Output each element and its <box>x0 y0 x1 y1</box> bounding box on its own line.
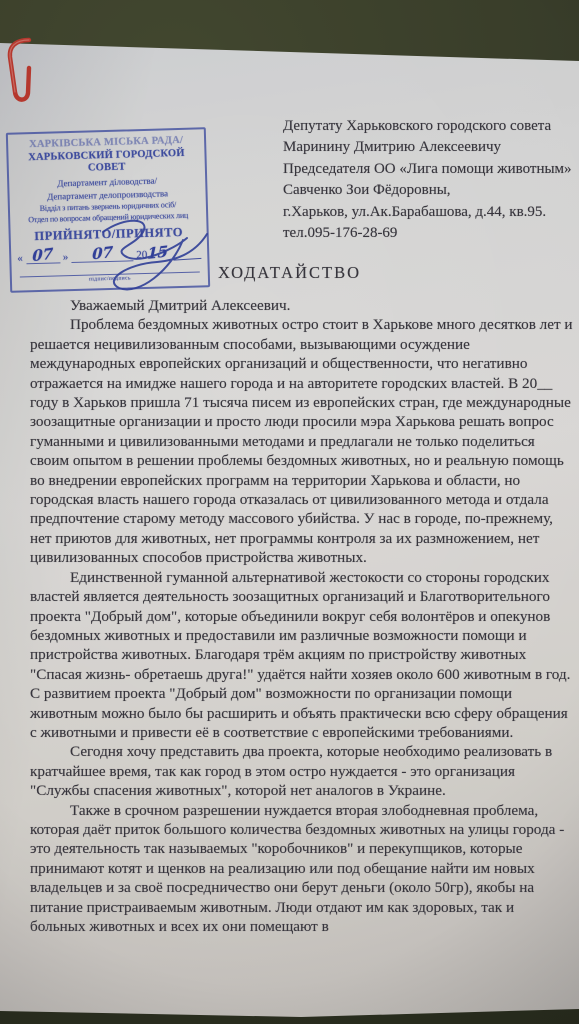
handwritten-day: 07 <box>32 247 53 263</box>
stamp-year: 2015 <box>136 246 168 261</box>
stamp-date-row: «07» 07 2015 <box>15 244 203 264</box>
recipient-line: Маринину Дмитрию Алексеевичу <box>283 137 577 158</box>
handwritten-year: 15 <box>147 245 168 261</box>
document-body: Уважаемый Дмитрий Алексеевич. Проблема б… <box>30 296 573 936</box>
stamp-day-blank: 07 <box>26 248 60 264</box>
paper-sheet: ХАРКІВСЬКА МІСЬКА РАДА/ ХАРЬКОВСКИЙ ГОРО… <box>0 0 579 1024</box>
stamp-accepted-label: ПРИЙНЯТО/ПРИНЯТО <box>15 224 203 243</box>
recipient-line: Депутату Харьковского городского совета <box>283 116 577 137</box>
paragraph: Также в срочном разрешении нуждается вто… <box>30 801 573 937</box>
year-prefix: 20 <box>136 248 147 260</box>
document-photo: ХАРКІВСЬКА МІСЬКА РАДА/ ХАРЬКОВСКИЙ ГОРО… <box>0 0 579 1024</box>
handwritten-month: 07 <box>92 245 113 261</box>
paragraph: Единственной гуманной альтернативой жест… <box>30 568 573 743</box>
paragraph: Сегодня хочу представить два проекта, ко… <box>30 742 573 800</box>
stamp-org-ru: ХАРЬКОВСКИЙ ГОРОДСКОЙ СОВЕТ <box>12 147 201 177</box>
recipient-line: г.Харьков, ул.Ак.Барабашова, д.44, кв.95… <box>283 202 577 223</box>
recipient-line: Савченко Зои Фёдоровны, <box>283 180 577 201</box>
document-title: ХОДАТАЙСТВО <box>0 263 579 283</box>
stamp-month-blank: 07 <box>71 246 133 263</box>
paperclip <box>2 34 44 114</box>
salutation: Уважаемый Дмитрий Алексеевич. <box>30 296 573 315</box>
paragraph: Проблема бездомных животных остро стоит … <box>30 315 573 567</box>
recipient-line: Председателя ОО «Лига помощи животным» <box>283 159 577 180</box>
quote-close: » <box>63 251 69 263</box>
recipient-line: тел.095-176-28-69 <box>283 223 577 244</box>
pen-stroke <box>173 257 201 260</box>
recipient-block: Депутату Харьковского городского совета … <box>283 116 577 244</box>
